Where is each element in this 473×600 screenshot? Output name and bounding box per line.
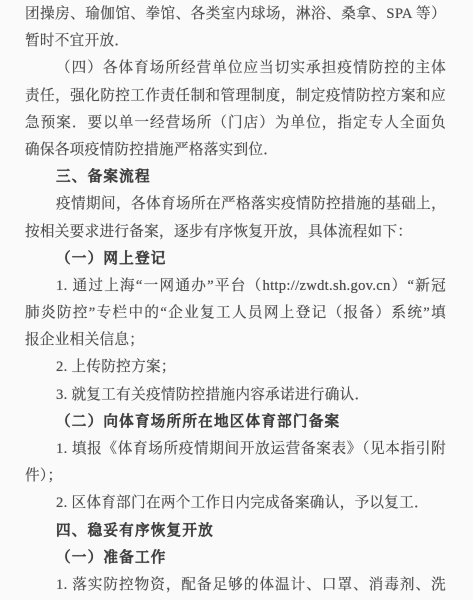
document-line: 确保各项疫情防控措施严格落实到位． — [25, 137, 446, 164]
document-line: 肺炎防控”专栏中的“企业复工人员网上登记（报备）系统”填 — [25, 300, 446, 327]
document-line: （四）各体育场所经营单位应当切实承担疫情防控的主体 — [25, 55, 446, 82]
document-line: 疫情期间，各体育场所在严格落实疫情防控措施的基础上， — [25, 191, 446, 218]
document-line: 3. 就复工有关疫情防控措施内容承诺进行确认． — [25, 382, 446, 409]
document-page: 团操房、瑜伽馆、拳馆、各类室内球场，淋浴、桑拿、SPA 等）暂时不宜开放．（四）… — [0, 0, 473, 600]
document-line: （一）网上登记 — [25, 246, 446, 273]
document-line: 急预案．要以单一经营场所（门店）为单位，指定专人全面负责， — [25, 110, 446, 137]
document-line: 团操房、瑜伽馆、拳馆、各类室内球场，淋浴、桑拿、SPA 等） — [25, 1, 446, 28]
document-line: 按相关要求进行备案，逐步有序恢复开放，具体流程如下： — [25, 219, 446, 246]
document-line: 1. 填报《体育场所疫情期间开放运营备案表》（见本指引附 — [25, 436, 446, 463]
document-line: （一）准备工作 — [25, 545, 446, 572]
document-line: 暂时不宜开放． — [25, 28, 446, 55]
document-text-block: 团操房、瑜伽馆、拳馆、各类室内球场，淋浴、桑拿、SPA 等）暂时不宜开放．（四）… — [25, 1, 446, 599]
document-line: 报企业相关信息； — [25, 327, 446, 354]
document-line: 三、备案流程 — [25, 164, 446, 191]
document-line: 四、稳妥有序恢复开放 — [25, 518, 446, 545]
document-line: （二）向体育场所所在地区体育部门备案 — [25, 409, 446, 436]
document-line: 1. 通过上海“一网通办”平台（http://zwdt.sh.gov.cn）“新… — [25, 273, 446, 300]
document-line: 责任，强化防控工作责任制和管理制度，制定疫情防控方案和应 — [25, 83, 446, 110]
document-line: 2. 上传防控方案； — [25, 354, 446, 381]
document-line: 件）； — [25, 463, 446, 490]
document-line: 1. 落实防控物资，配备足够的体温计、口罩、消毒剂、洗 — [25, 572, 446, 599]
document-line: 2. 区体育部门在两个工作日内完成备案确认，予以复工． — [25, 490, 446, 517]
